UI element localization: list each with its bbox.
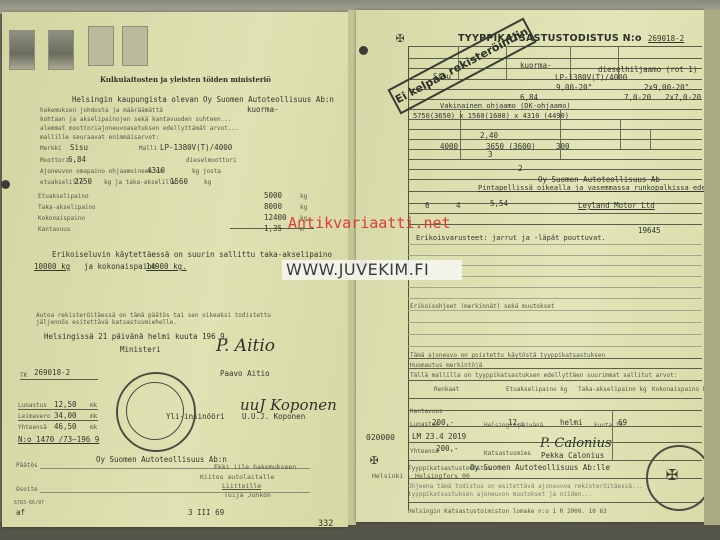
field-valmistaja: Oy Suomen Autoteollisuus Ab	[538, 175, 660, 184]
fee-underline	[18, 409, 98, 410]
fee-underline	[18, 420, 98, 421]
tk-underline	[20, 379, 98, 380]
seal-inner-ring	[126, 382, 184, 440]
col-takaakselipaino: Taka-akselipaino kg	[578, 386, 647, 393]
weight-row-label: Etuakselipaino	[38, 193, 89, 200]
special-total: 14900 kg.	[146, 262, 187, 271]
punch-hole	[1, 180, 10, 189]
eagle-emblem-icon: ✠	[666, 461, 678, 485]
tk-label: TK	[20, 372, 27, 379]
body-text: hakemuksen johdosta ja määräämättä	[40, 107, 240, 114]
form-rule	[408, 244, 702, 245]
label-kantavuus: Kantavuus	[410, 408, 443, 415]
osoite-label: Osoite	[16, 486, 38, 493]
revenue-stamp	[122, 26, 148, 66]
eagle-emblem-icon: ✠	[396, 30, 404, 46]
field-renkaat: 9,00-20"	[556, 83, 592, 92]
form-rule	[408, 129, 702, 130]
malli-label: Malli	[139, 145, 157, 152]
vehicle-type: kuorma-	[247, 105, 279, 114]
form-rule	[408, 322, 702, 323]
city-line: Helsinki - Helsingfors 00	[372, 473, 470, 480]
month-value: helmi	[560, 418, 583, 427]
eagle-emblem-icon: ✠	[370, 452, 378, 468]
official-name: U.U.J. Koponen	[242, 412, 305, 421]
received-stamp: 3 III 69	[188, 508, 224, 517]
field-korityyppi: kuorma-	[520, 61, 552, 70]
yhteensa-value: 200,-	[436, 444, 459, 453]
fee-reference: N:o 1470 /73—196 9	[18, 435, 99, 444]
label-paivana: päivänä	[518, 422, 543, 429]
form-rule	[408, 46, 702, 47]
body-text: kohtaan ja akselipainojen sekä kantavuud…	[40, 116, 231, 123]
leimavero-value: LM 23.4 2019	[412, 432, 466, 441]
field-leveys: 2,40	[480, 131, 498, 140]
inspector-signature: P. Calonius	[540, 436, 612, 451]
form-rule	[408, 139, 702, 140]
fee-label: Leimavero	[18, 413, 51, 420]
form-rule	[408, 310, 702, 311]
form-rule	[408, 287, 702, 288]
form-rule	[408, 410, 702, 411]
label-sallitut: Tällä mallilla on tyyppikatsastuksen ede…	[410, 372, 677, 379]
field-ohjaamo-desc: Vakinainen ohjaamo (DK-ohjaamo)	[440, 102, 571, 111]
place-date: Helsingissä 21 päivänä helmi kuuta 196 9…	[44, 332, 229, 341]
rear-axle-value: 1560	[170, 177, 188, 186]
fine-print: tyyppikatsastuksen ajoneuvon muutokset j…	[408, 491, 592, 498]
label-inspector: Katsastusmies	[484, 450, 531, 457]
weight-row-label: Kantavuus	[38, 226, 71, 233]
form-rule	[408, 255, 702, 256]
form-rule	[408, 203, 702, 204]
kg-josta: kg josta	[192, 168, 221, 175]
dieselmoottori: dieselmoottori	[186, 157, 237, 164]
form-rule	[408, 380, 702, 381]
weight-row-unit: kg	[300, 193, 307, 200]
typed-note-3: Liitteille	[222, 483, 261, 490]
fine-print: Ohjeena tämä todistus on esitettävä ajon…	[408, 483, 643, 490]
field-maavara: 300	[556, 142, 570, 151]
weight-row-value: 8000	[264, 202, 282, 211]
ministry-heading: Kulkulaitosten ja yleisten töiden minist…	[100, 75, 271, 84]
field-istuimia: 3	[488, 150, 493, 159]
field-moottori-valmistaja: Leyland Motor Ltd	[578, 201, 655, 210]
weight-row-value: 1,35	[264, 224, 282, 233]
fee-value: 46,50	[54, 422, 77, 431]
typed-note-1: Ekki iile hakemukseen	[214, 464, 296, 471]
merkki-label: Merkki	[40, 145, 62, 152]
page-edge	[704, 10, 720, 525]
recipient: Oy Suomen Autoteollisuus Ab:n	[96, 455, 227, 464]
lunastus-value: 200,-	[432, 418, 455, 427]
weight-row-label: Taka-akselipaino	[38, 204, 96, 211]
revenue-stamp	[88, 26, 114, 66]
field-voima: 6,84	[520, 93, 538, 102]
fee-unit: mk	[90, 402, 97, 409]
form-rule	[408, 334, 702, 335]
form-code: 6783-66/97	[14, 500, 44, 507]
paatos-label: Päätös	[16, 462, 38, 469]
weight-row-value: 12400	[264, 213, 287, 222]
form-rule	[408, 99, 702, 100]
field-kokonaispaino-ref: 19645	[638, 226, 661, 235]
official-title: Yli-insinööri	[166, 412, 225, 421]
applicant-line: Helsingin kaupungista olevan Oy Suomen A…	[72, 95, 334, 104]
day-value: 12	[508, 418, 517, 427]
minister-name: Paavo Aitio	[220, 369, 270, 378]
corner-number: 332	[318, 520, 333, 529]
weight-row-value: 5000	[264, 191, 282, 200]
typed-note-2: Kiitos autolaitalle	[200, 474, 274, 481]
field-vanteet-2: 2x7,0-20	[665, 93, 701, 102]
form-cell-divider	[620, 119, 621, 149]
tk-number: 269018-2	[34, 368, 70, 377]
col-kokonaispaino: Kokonaispaino kg	[652, 386, 710, 393]
form-cell-divider	[650, 129, 651, 149]
moottori-label: Moottori	[40, 157, 69, 164]
watermark-juvekim: WWW.JUVEKIM.FI	[286, 260, 429, 280]
form-rule	[408, 298, 702, 299]
year-value: 69	[618, 418, 627, 427]
fee-value: 12,50	[54, 400, 77, 409]
fee-value: 34,00	[54, 411, 77, 420]
col-etuakselipaino: Etuakselipaino kg	[506, 386, 567, 393]
field-malli: LP-1380V(T)/4000	[555, 73, 627, 82]
field-raideleveys: 3650 (3600)	[486, 142, 536, 151]
field-ovia: 2	[518, 164, 523, 173]
form-rule	[408, 346, 702, 347]
inspector-name: Pekka Calonius	[541, 451, 604, 460]
label-erityisohjeet: Erikoisohjeet (merkinnät) sekä muutokset	[410, 303, 555, 310]
field-akselivali: 4000	[440, 142, 458, 151]
fee-unit: mk	[90, 413, 97, 420]
field-renkaat-2: 2x9,00-20"	[644, 83, 689, 92]
fee-label: Yhteensä	[18, 424, 47, 431]
typed-note-4: Tuija Junkon	[224, 492, 271, 499]
field-dimensions: 5750(3650) x 1560(1600) x 4310 (4490)	[413, 112, 569, 121]
field-moottori: 6	[425, 201, 430, 210]
initials: af	[16, 508, 25, 517]
fee-unit: mk	[90, 424, 97, 431]
certificate-number: 269018-2	[648, 34, 684, 43]
certificate-recipient: Oy Suomen Autoteollisuus Ab:lle	[470, 463, 610, 472]
label-yhteensa: Yhteensä	[410, 448, 439, 455]
form-rule	[408, 224, 702, 225]
body-text: mallille seuraavat enimmäisarvot:	[40, 134, 159, 141]
special-text: Erikoiseluvin käytettäessä on suurin sal…	[52, 250, 332, 259]
revenue-stamp	[48, 30, 74, 70]
fee-label: Lunastus	[18, 402, 47, 409]
osoite-line	[40, 492, 310, 493]
punch-hole	[359, 46, 368, 55]
minister-signature: P. Aitio	[216, 336, 275, 356]
form-footnote: Helsingin Katsastustoimiston lomake n:o …	[408, 508, 607, 515]
weight-row-unit: kg	[300, 204, 307, 211]
field-sijoitus: Pintapellissä oikealla ja vasemmassa run…	[478, 184, 718, 193]
revenue-stamp	[9, 30, 35, 70]
field-lisatiedot: Erikoisvarusteet: jarrut ja -läpät poutt…	[416, 234, 606, 243]
axle-load-text: Ajoneuvon omapaino ohjaamoineen on	[40, 168, 163, 175]
field-vanteet: 7,0-20	[624, 93, 651, 102]
omapaino-value: 4310	[147, 166, 165, 175]
watermark-antikvariaatti: Antikvariaatti.net	[288, 214, 451, 232]
field-sylinterit: 4	[456, 201, 461, 210]
malli-value: LP-1380V(T)/4000	[160, 143, 232, 152]
moottori-value: 6,84	[68, 155, 86, 164]
special-rear: 10000 kg	[34, 262, 70, 271]
field-iskutilavuus: 5,54	[490, 199, 508, 208]
margin-number: 020000	[366, 433, 395, 442]
form-rule	[408, 213, 702, 214]
col-renkaat: Renkaat	[434, 386, 459, 393]
kg-unit: kg	[204, 179, 211, 186]
registration-note: Autoa rekisteröitäessä on tämä päätös ta…	[36, 312, 306, 326]
minister-title: Ministeri	[120, 345, 161, 354]
body-text: alemmat moottoriajoneuvoasetuksen edelly…	[40, 125, 239, 132]
rear-axle-label: kg ja taka-akselille	[104, 179, 176, 186]
label-huomautus: Huomautus merkintöjä	[410, 362, 482, 369]
form-rule	[408, 398, 702, 399]
weight-row-label: Kokonaispaino	[38, 215, 85, 222]
front-axle-value: 2750	[74, 177, 92, 186]
form-cell-divider	[612, 410, 613, 460]
inspection-office-seal: ✠	[646, 445, 712, 511]
form-rule	[408, 169, 702, 170]
label-tarkastaja: Tämä ajoneuvo on poistettu käytöstä tyyp…	[410, 352, 605, 359]
form-rule	[408, 159, 702, 160]
merkki-value: Sisu	[70, 143, 88, 152]
